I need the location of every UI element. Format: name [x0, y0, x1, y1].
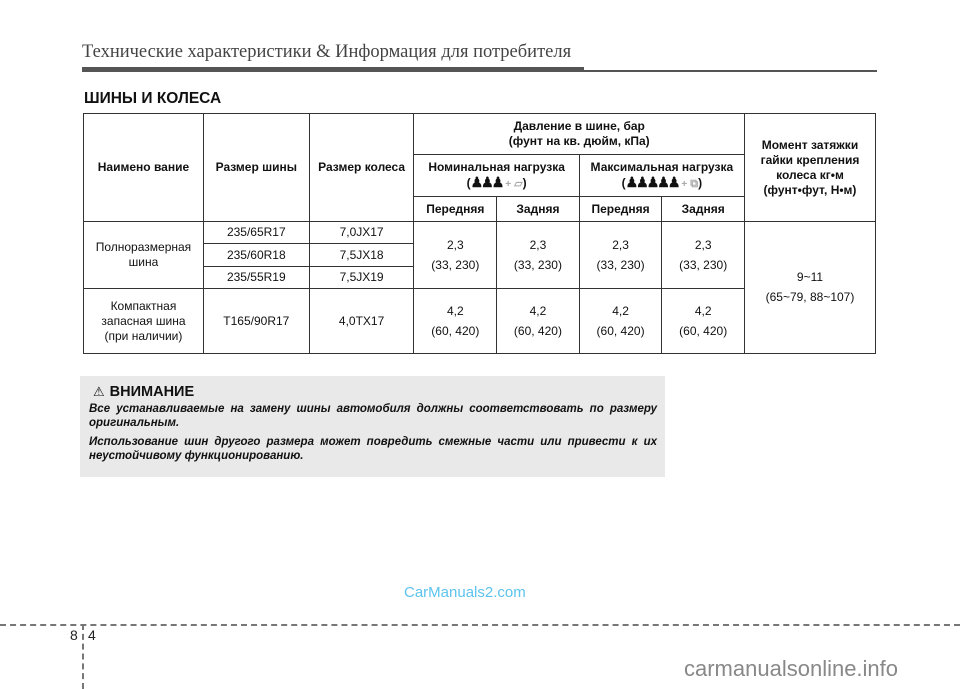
plus-icon: + — [505, 179, 511, 190]
header-tire-size: Размер шины — [203, 114, 309, 222]
max-load-label: Максимальная нагрузка — [582, 160, 742, 175]
header-torque-line1: Момент затяжки — [747, 138, 873, 153]
pressure-cell: 2,3 (33, 230) — [579, 222, 662, 289]
wheel-size-cell: 7,5JX19 — [309, 267, 414, 289]
header-pressure: Давление в шине, бар (фунт на кв. дюйм, … — [414, 114, 745, 155]
caution-body: Все устанавливаемые на замену шины автом… — [89, 402, 657, 468]
pressure-cell: 4,2 (60, 420) — [497, 289, 580, 354]
tire-size-cell: T165/90R17 — [203, 289, 309, 354]
passenger-icon: ♟♟♟ — [471, 175, 503, 190]
header-max-load: Максимальная нагрузка (♟♟♟♟♟+⧉) — [579, 155, 744, 197]
header-rule-thick — [82, 67, 584, 72]
header-rule-thin — [582, 70, 877, 72]
torque-cell: 9~11 (65~79, 88~107) — [744, 222, 875, 354]
header-nominal-load: Номинальная нагрузка (♟♟♟+▱) — [414, 155, 579, 197]
warning-triangle-icon: ⚠ — [93, 384, 105, 399]
luggage-icon: ⧉ — [690, 178, 698, 190]
nominal-load-icons: (♟♟♟+▱) — [416, 175, 576, 192]
caution-notice: ⚠ВНИМАНИЕ Все устанавливаемые на замену … — [80, 376, 665, 477]
max-load-icons: (♟♟♟♟♟+⧉) — [582, 175, 742, 192]
caution-paragraph: Все устанавливаемые на замену шины автом… — [89, 402, 657, 430]
compact-spare-label: Компактная запасная шина (при наличии) — [84, 289, 204, 354]
header-torque-line4: (фунт•фут, Н•м) — [747, 183, 873, 198]
section-title: ШИНЫ И КОЛЕСА — [84, 90, 221, 108]
pressure-cell: 4,2 (60, 420) — [662, 289, 745, 354]
caution-title: ВНИМАНИЕ — [110, 384, 194, 400]
wheel-size-cell: 7,5JX18 — [309, 244, 414, 267]
plus-icon: + — [681, 179, 687, 190]
header-torque-line3: колеса кг•м — [747, 168, 873, 183]
tire-size-cell: 235/55R19 — [203, 267, 309, 289]
caution-heading: ⚠ВНИМАНИЕ — [93, 384, 194, 400]
pressure-cell: 2,3 (33, 230) — [662, 222, 745, 289]
chapter-header-title: Технические характеристики & Информация … — [82, 42, 571, 63]
nominal-load-label: Номинальная нагрузка — [416, 160, 576, 175]
page-number: 4 — [88, 627, 96, 643]
passenger-icon: ♟♟♟♟♟ — [626, 175, 679, 190]
table-row: Полноразмерная шина 235/65R17 7,0JX17 2,… — [84, 222, 876, 244]
pressure-cell: 4,2 (60, 420) — [579, 289, 662, 354]
pressure-cell: 2,3 (33, 230) — [497, 222, 580, 289]
tire-size-cell: 235/65R17 — [203, 222, 309, 244]
header-nominal-front: Передняя — [414, 197, 497, 222]
watermark-carmanuals2: CarManuals2.com — [404, 584, 526, 601]
header-name: Наимено вание — [84, 114, 204, 222]
wheel-size-cell: 4,0TX17 — [309, 289, 414, 354]
watermark-carmanualsonline: carmanualsonline.info — [684, 656, 898, 682]
footer-rule — [0, 624, 960, 626]
header-max-front: Передняя — [579, 197, 662, 222]
header-max-rear: Задняя — [662, 197, 745, 222]
caution-paragraph: Использование шин другого размера может … — [89, 435, 657, 463]
header-nominal-rear: Задняя — [497, 197, 580, 222]
chapter-number: 8 — [70, 627, 78, 643]
full-size-label: Полноразмерная шина — [84, 222, 204, 289]
header-pressure-line2: (фунт на кв. дюйм, кПа) — [416, 134, 742, 149]
header-pressure-line1: Давление в шине, бар — [416, 119, 742, 134]
wheel-size-cell: 7,0JX17 — [309, 222, 414, 244]
pressure-cell: 2,3 (33, 230) — [414, 222, 497, 289]
header-wheel-size: Размер колеса — [309, 114, 414, 222]
header-torque-line2: гайки крепления — [747, 153, 873, 168]
tire-wheel-spec-table: Наимено вание Размер шины Размер колеса … — [83, 113, 876, 354]
tire-size-cell: 235/60R18 — [203, 244, 309, 267]
header-torque: Момент затяжки гайки крепления колеса кг… — [744, 114, 875, 222]
luggage-icon: ▱ — [514, 178, 522, 190]
footer-divider — [82, 624, 84, 689]
pressure-cell: 4,2 (60, 420) — [414, 289, 497, 354]
